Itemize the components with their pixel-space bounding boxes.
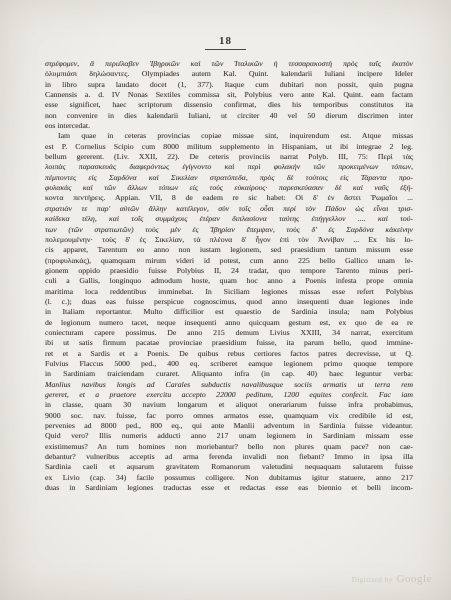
text-line: καίδεκα τέλη, καὶ τοῖς συμμάχοις ἑτέραν … (45, 214, 413, 224)
text-line: esse significet, haec scriptorum dissens… (45, 100, 413, 110)
text-line: in Sardiniam traiciendam curaret. Aliqua… (45, 369, 413, 379)
text-line: in libro supra laudato docet (1, 377). I… (45, 80, 413, 90)
page-number-label: 18 (205, 35, 246, 50)
text-line: στρέφομεν, ἃ περιέλαβεν Ἰβηρικῶν καὶ τῶν… (45, 59, 413, 69)
text-line: ὀλυμπιάσι δηλώσαντες. Olympiades autem K… (45, 69, 413, 79)
text-line: coniecturam capere possimus. De anno 215… (45, 328, 413, 338)
text-line: ibi ut satis firmum pacatae provinciae p… (45, 338, 413, 348)
text-line: cis apparet, Tarentum eo anno non iustam… (45, 245, 413, 255)
text-line: των (τῶν στρατιωτῶν) τοὺς μὲν ἐς Ἰβηρίαν… (45, 225, 413, 235)
text-line: Manlius navibus longis ad Carales subduc… (45, 380, 413, 390)
text-line: gereret, et a praetore exercitu accepto … (45, 390, 413, 400)
text-line: bellum gererent. (Liv. XXII, 22). De cet… (45, 152, 413, 162)
text-line: στρατιάν τε παρ' αὑτῶν ἄλλην κατέλεγον, … (45, 204, 413, 214)
text-line: (l. c.); duas eas fuisse perspicue cogno… (45, 297, 413, 307)
text-line: ret et a Sardis et a Poenis. De quibus r… (45, 349, 413, 359)
text-line: πολεμουμένην· τοὺς δ' ἐς Σικελίαν, τὰ πλ… (45, 235, 413, 245)
digitization-watermark: Digitized byGoogle (0, 569, 432, 587)
text-line: existimemus? An tum homines non morieban… (45, 442, 413, 452)
text-line: Fulvius Flaccus 5000 ped., 400 eq. scrib… (45, 359, 413, 369)
text-line: in classe, quam 30 navium longarum et al… (45, 400, 413, 410)
text-line: maritima loca reddentibus imminebat. In … (45, 287, 413, 297)
text-line: duas in Sardiniam legiones traductas ess… (45, 483, 413, 493)
text-line: Iam quae in ceteras provincias copiae mi… (45, 131, 413, 141)
text-line: Sardinia caeli et aquarum gravitatem Rom… (45, 462, 413, 472)
scanned-book-page: 18 στρέφομεν, ἃ περιέλαβεν Ἰβηρικῶν καὶ … (0, 0, 451, 600)
text-line: κοντα πεντήρεις. Appian. VII, 8 de eadem… (45, 193, 413, 203)
text-line: pervenies ad 8000 ped., 800 eq., qui ant… (45, 421, 413, 431)
text-line: est P. Cornelius Scipio cum 8000 militum… (45, 142, 413, 152)
text-line: de legionum numero tacet, neque insequen… (45, 318, 413, 328)
text-line: debantur? vulneribus acceptis ad arma fe… (45, 452, 413, 462)
text-line: culi a Gallis, longinquo admodum hoste, … (45, 276, 413, 286)
text-line: Quid vero? Illis numeris adducti anno 21… (45, 431, 413, 441)
text-line: non convenire in dies kalendarii Iuliani… (45, 111, 413, 121)
text-line: 9000 soc. nav. fuisse, fac porro omnes a… (45, 411, 413, 421)
text-line: gionem oppido praesidio fuisse Polybius … (45, 266, 413, 276)
watermark-prefix: Digitized by (352, 576, 393, 584)
text-line: λοιπὰς παρασκευὰς διαφερόντως ἐγίγνοντο … (45, 162, 413, 172)
text-line: Cannensis a. d. IV Nonas Sextiles commis… (45, 90, 413, 100)
text-line: in Italiam reportantur. Multo difficilio… (45, 307, 413, 317)
google-logo: Google (397, 573, 432, 585)
text-line: φυλακὰς καὶ τῶν ἄλλων τόπων εἰς τοὺς εὐκ… (45, 183, 413, 193)
text-line: πέμποντες εἰς Σαρδόνα καὶ Σικελίαν στρατ… (45, 173, 413, 183)
text-line: ex Livio (cap. 34) facile possumus colli… (45, 473, 413, 483)
text-line: eos intercedat. (45, 121, 413, 131)
body-text: στρέφομεν, ἃ περιέλαβεν Ἰβηρικῶν καὶ τῶν… (45, 59, 413, 493)
text-line: (προφυλακάς), quamquam mirum videri id p… (45, 256, 413, 266)
page-number: 18 (0, 35, 451, 50)
